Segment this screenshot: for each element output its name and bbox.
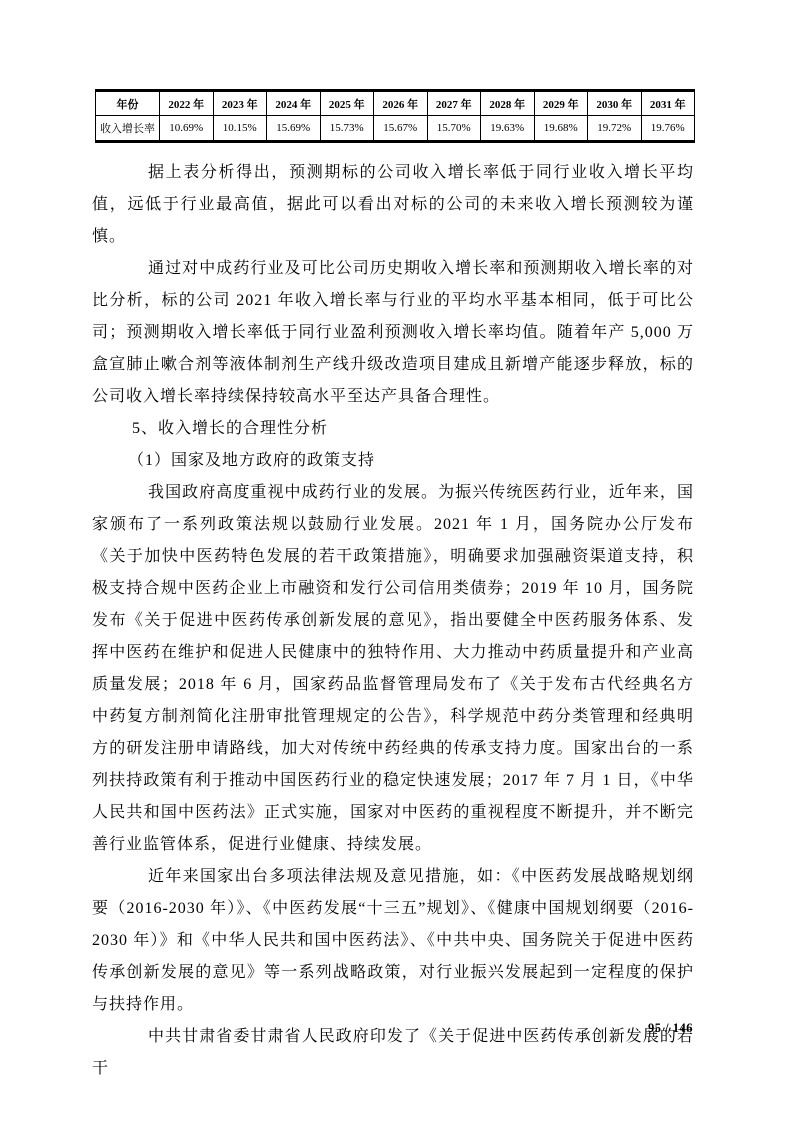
value-2022: 10.69%: [160, 116, 214, 142]
value-2028: 19.63%: [481, 116, 535, 142]
table-header-2028: 2028 年: [481, 91, 535, 116]
table-header-2030: 2030 年: [588, 91, 642, 116]
table-header-2023: 2023 年: [213, 91, 267, 116]
section-heading-5: 5、收入增长的合理性分析: [92, 413, 694, 445]
revenue-growth-table: 年份 2022 年 2023 年 2024 年 2025 年 2026 年 20…: [95, 89, 695, 143]
value-2026: 15.67%: [374, 116, 428, 142]
paragraph-laws-regulations: 近年来国家出台多项法律法规及意见措施，如：《中医药发展战略规划纲要（2016-2…: [92, 861, 694, 1021]
table-row-revenue-growth: 收入增长率 10.69% 10.15% 15.69% 15.73% 15.67%…: [96, 116, 695, 142]
table-header-2029: 2029 年: [534, 91, 588, 116]
value-2025: 15.73%: [320, 116, 374, 142]
paragraph-national-policy: 我国政府高度重视中成药行业的发展。为振兴传统医药行业，近年来，国家颁布了一系列政…: [92, 477, 694, 861]
document-page: 年份 2022 年 2023 年 2024 年 2025 年 2026 年 20…: [0, 0, 793, 1122]
table-header-2031: 2031 年: [641, 91, 695, 116]
row-label: 收入增长率: [96, 116, 160, 142]
value-2027: 15.70%: [427, 116, 481, 142]
table-header-year: 年份: [96, 91, 160, 116]
value-2030: 19.72%: [588, 116, 642, 142]
document-body: 据上表分析得出，预测期标的公司收入增长率低于同行业收入增长平均值，远低于行业最高…: [92, 157, 694, 1085]
table-header-2022: 2022 年: [160, 91, 214, 116]
paragraph-comparison-analysis: 通过对中成药行业及可比公司历史期收入增长率和预测期收入增长率的对比分析，标的公司…: [92, 253, 694, 413]
table-header-2024: 2024 年: [267, 91, 321, 116]
table-header-row: 年份 2022 年 2023 年 2024 年 2025 年 2026 年 20…: [96, 91, 695, 116]
page-number: 95 / 146: [648, 1021, 693, 1036]
revenue-growth-table-wrap: 年份 2022 年 2023 年 2024 年 2025 年 2026 年 20…: [95, 89, 695, 143]
subsection-heading-policy-support: （1）国家及地方政府的政策支持: [92, 445, 694, 477]
table-header-2027: 2027 年: [427, 91, 481, 116]
paragraph-gansu-policy: 中共甘肃省委甘肃省人民政府印发了《关于促进中医药传承创新发展的若干: [92, 1021, 694, 1085]
value-2024: 15.69%: [267, 116, 321, 142]
value-2031: 19.76%: [641, 116, 695, 142]
table-header-2026: 2026 年: [374, 91, 428, 116]
table-header-2025: 2025 年: [320, 91, 374, 116]
value-2029: 19.68%: [534, 116, 588, 142]
paragraph-analysis-conclusion: 据上表分析得出，预测期标的公司收入增长率低于同行业收入增长平均值，远低于行业最高…: [92, 157, 694, 253]
value-2023: 10.15%: [213, 116, 267, 142]
